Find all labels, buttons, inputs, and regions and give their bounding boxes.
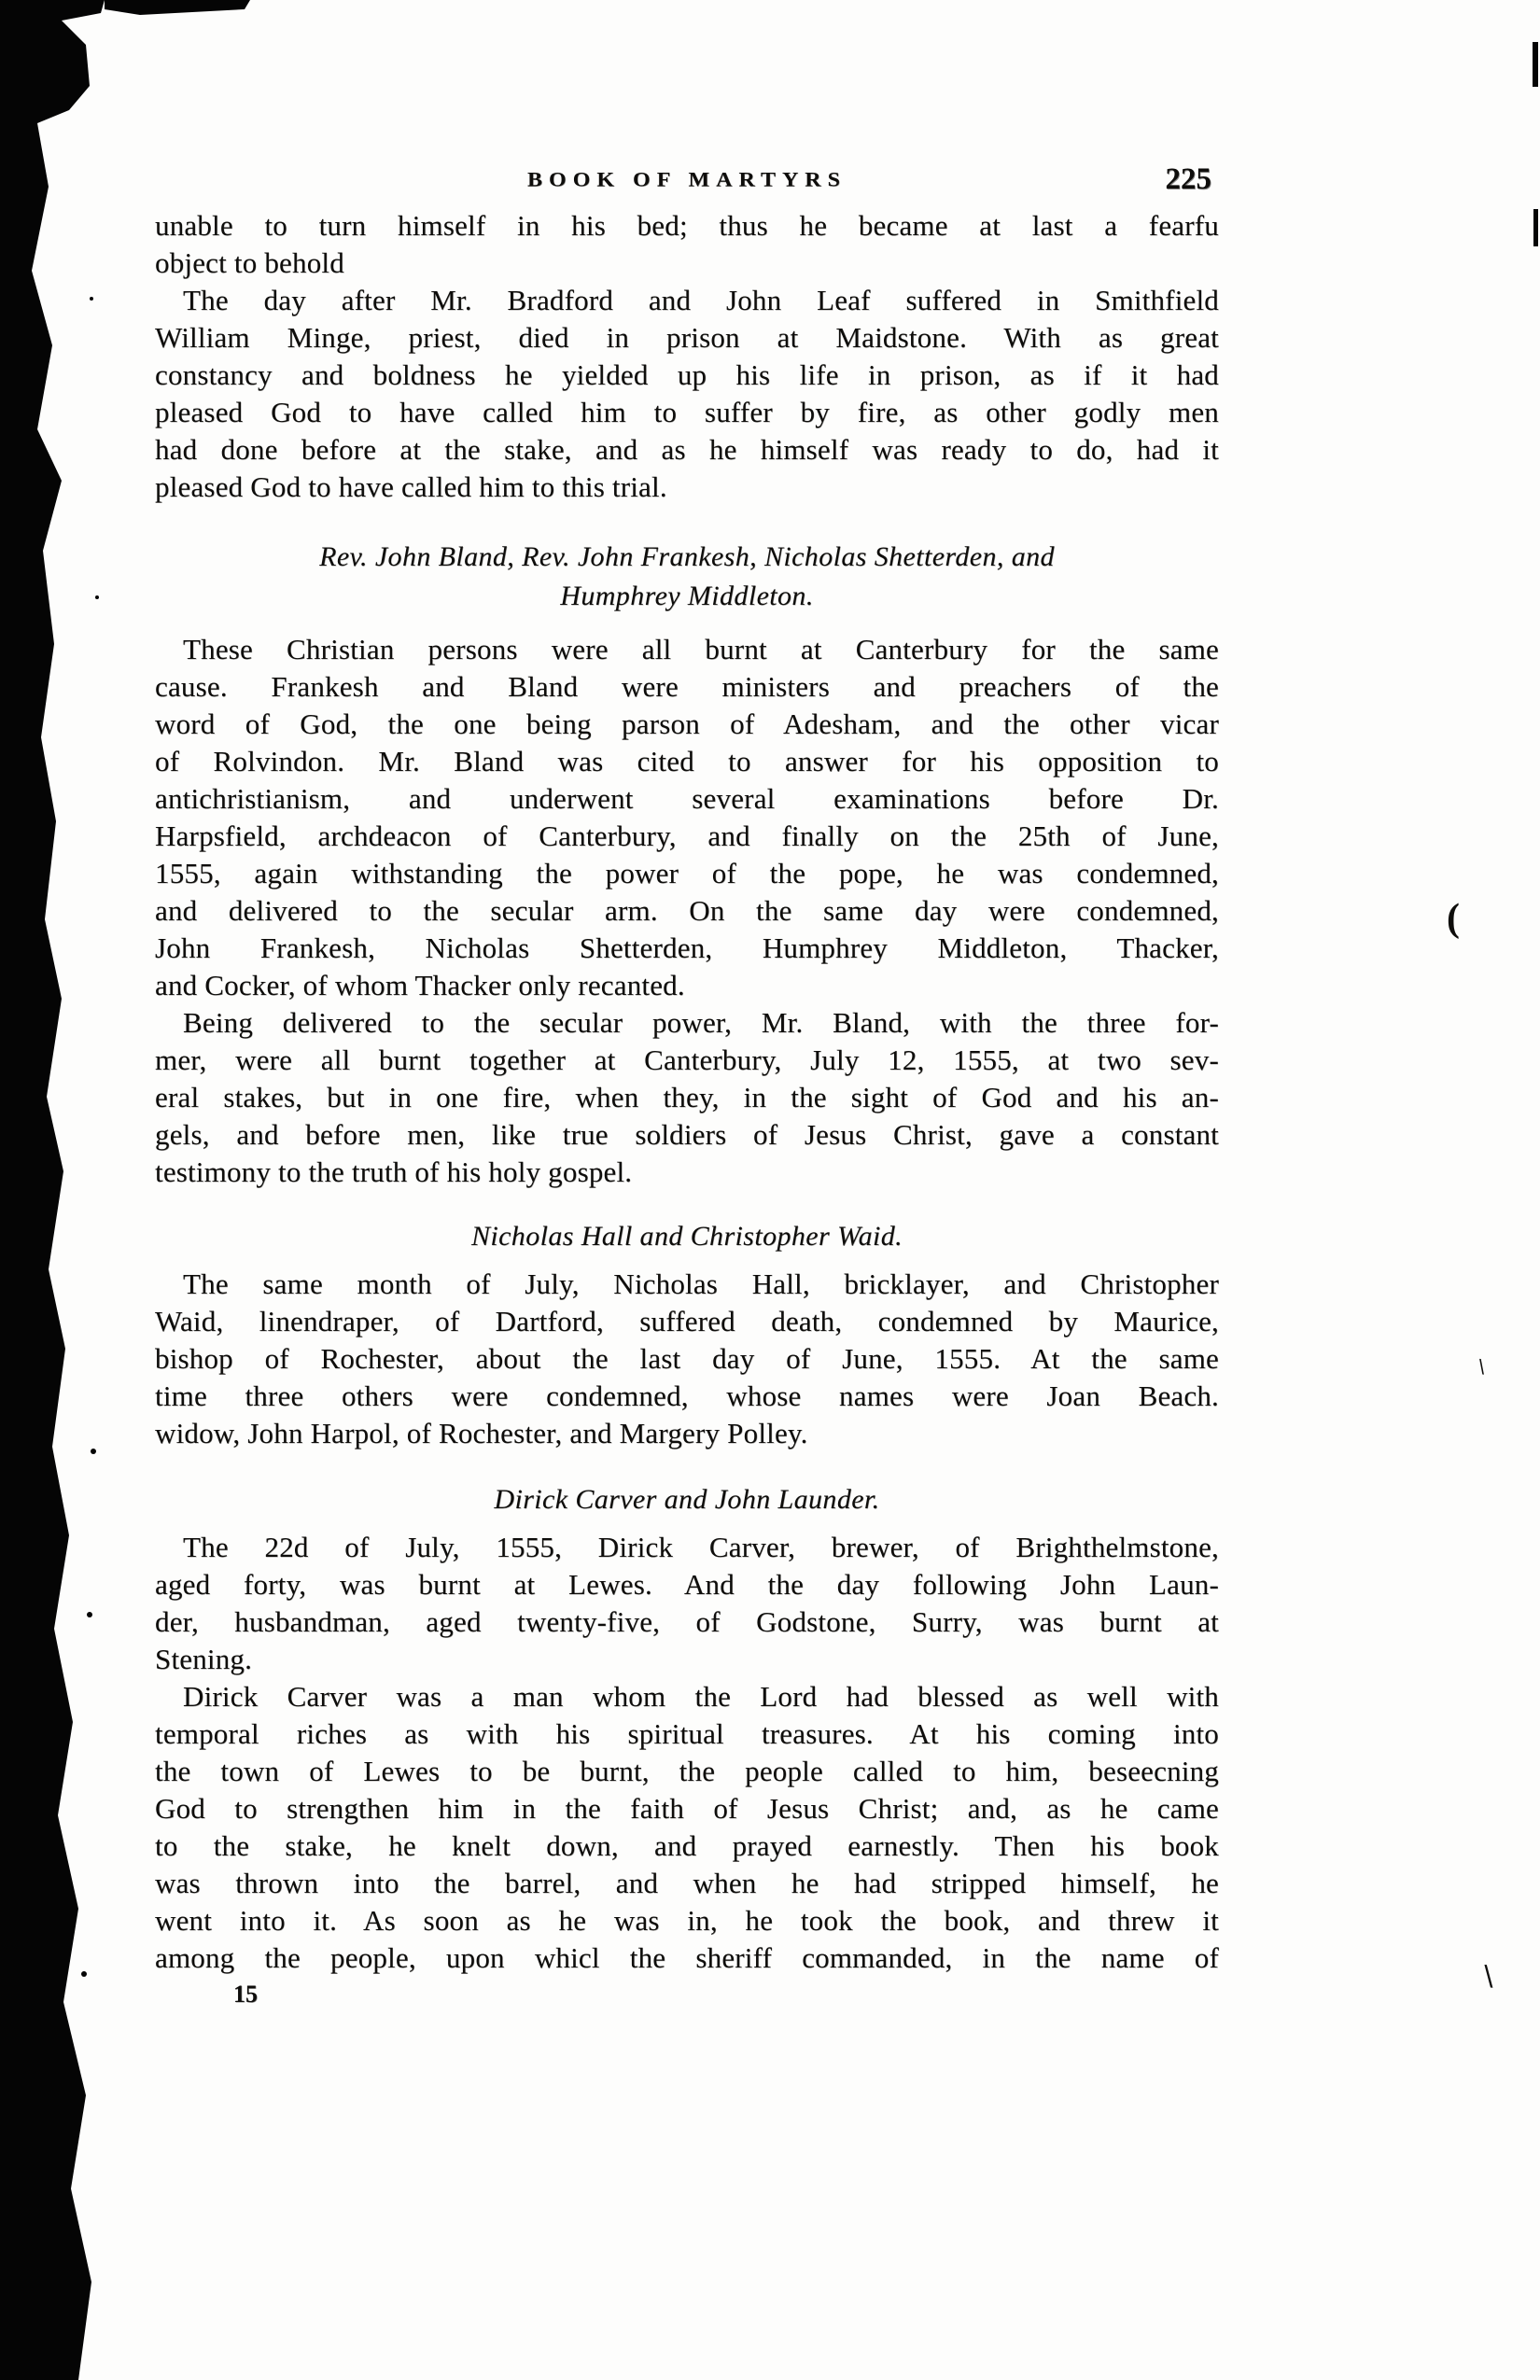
text-line: The same month of July, Nicholas Hall, b… bbox=[155, 1266, 1219, 1303]
text-line: went into it. As soon as he was in, he t… bbox=[155, 1902, 1219, 1939]
text-line: der, husbandman, aged twenty-five, of Go… bbox=[155, 1603, 1219, 1641]
body-paragraph-2: The day after Mr. Bradford and John Leaf… bbox=[155, 282, 1219, 506]
text-line: was thrown into the barrel, and when he … bbox=[155, 1865, 1219, 1902]
text-line: to the stake, he knelt down, and prayed … bbox=[155, 1827, 1219, 1865]
text-line: and Cocker, of whom Thacker only recante… bbox=[155, 967, 1219, 1004]
text-line: object to behold bbox=[155, 245, 1219, 282]
text-line: The day after Mr. Bradford and John Leaf… bbox=[155, 282, 1219, 319]
text-line: antichristianism, and underwent several … bbox=[155, 780, 1219, 818]
text-line: mer, were all burnt together at Canterbu… bbox=[155, 1042, 1219, 1079]
scan-edge-artifact-right bbox=[1529, 0, 1540, 2380]
text-line: John Frankesh, Nicholas Shetterden, Hump… bbox=[155, 930, 1219, 967]
scanned-book-page: ( \ \ BOOK OF MARTYRS 225 unable to turn… bbox=[0, 0, 1540, 2380]
scan-speck-slash-large: \ bbox=[1483, 1956, 1495, 1996]
page-number: 225 bbox=[1166, 162, 1212, 197]
text-line: cause. Frankesh and Bland were ministers… bbox=[155, 668, 1219, 706]
text-line: widow, John Harpol, of Rochester, and Ma… bbox=[155, 1415, 1219, 1452]
body-paragraph-6: The 22d of July, 1555, Dirick Carver, br… bbox=[155, 1529, 1219, 1678]
text-line: and delivered to the secular arm. On the… bbox=[155, 892, 1219, 930]
body-paragraph-3: These Christian persons were all burnt a… bbox=[155, 631, 1219, 1004]
text-line: time three others were condemned, whose … bbox=[155, 1378, 1219, 1415]
body-paragraph-5: The same month of July, Nicholas Hall, b… bbox=[155, 1266, 1219, 1452]
text-line: Waid, linendraper, of Dartford, suffered… bbox=[155, 1303, 1219, 1340]
text-column: BOOK OF MARTYRS 225 unable to turn himse… bbox=[155, 168, 1219, 2010]
page-header: BOOK OF MARTYRS 225 bbox=[155, 168, 1219, 202]
text-line: temporal riches as with his spiritual tr… bbox=[155, 1715, 1219, 1753]
text-line: Being delivered to the secular power, Mr… bbox=[155, 1004, 1219, 1042]
text-line: eral stakes, but in one fire, when they,… bbox=[155, 1079, 1219, 1116]
body-paragraph-7: Dirick Carver was a man whom the Lord ha… bbox=[155, 1678, 1219, 1977]
running-title: BOOK OF MARTYRS bbox=[155, 169, 1219, 192]
text-line: aged forty, was burnt at Lewes. And the … bbox=[155, 1566, 1219, 1603]
text-line: word of God, the one being parson of Ade… bbox=[155, 706, 1219, 743]
scan-speck-slash-small: \ bbox=[1477, 1355, 1486, 1381]
text-line: God to strengthen him in the faith of Je… bbox=[155, 1790, 1219, 1827]
text-line: unable to turn himself in his bed; thus … bbox=[155, 207, 1219, 245]
signature-mark: 15 bbox=[155, 1979, 1219, 2010]
body-paragraph-4: Being delivered to the secular power, Mr… bbox=[155, 1004, 1219, 1191]
text-line: pleased God to have called him to suffer… bbox=[155, 394, 1219, 431]
text-line: 1555, again withstanding the power of th… bbox=[155, 855, 1219, 892]
text-line: bishop of Rochester, about the last day … bbox=[155, 1340, 1219, 1378]
text-line: had done before at the stake, and as he … bbox=[155, 431, 1219, 469]
text-line: Harpsfield, archdeacon of Canterbury, an… bbox=[155, 818, 1219, 855]
heading-line: Nicholas Hall and Christopher Waid. bbox=[155, 1217, 1219, 1256]
text-line: Stening. bbox=[155, 1641, 1219, 1678]
text-line: of Rolvindon. Mr. Bland was cited to ans… bbox=[155, 743, 1219, 780]
text-line: constancy and boldness he yielded up his… bbox=[155, 357, 1219, 394]
heading-line: Humphrey Middleton. bbox=[155, 577, 1219, 616]
text-line: Dirick Carver was a man whom the Lord ha… bbox=[155, 1678, 1219, 1715]
text-line: gels, and before men, like true soldiers… bbox=[155, 1116, 1219, 1154]
text-line: William Minge, priest, died in prison at… bbox=[155, 319, 1219, 357]
section-heading-bland-frankesh: Rev. John Bland, Rev. John Frankesh, Nic… bbox=[155, 538, 1219, 616]
body-paragraph-1: unable to turn himself in his bed; thus … bbox=[155, 207, 1219, 282]
scan-speck-paren: ( bbox=[1447, 896, 1460, 941]
text-line: The 22d of July, 1555, Dirick Carver, br… bbox=[155, 1529, 1219, 1566]
section-heading-carver-launder: Dirick Carver and John Launder. bbox=[155, 1480, 1219, 1519]
heading-line: Dirick Carver and John Launder. bbox=[155, 1480, 1219, 1519]
text-line: testimony to the truth of his holy gospe… bbox=[155, 1154, 1219, 1191]
text-line: the town of Lewes to be burnt, the peopl… bbox=[155, 1753, 1219, 1790]
section-heading-hall-waid: Nicholas Hall and Christopher Waid. bbox=[155, 1217, 1219, 1256]
text-line: These Christian persons were all burnt a… bbox=[155, 631, 1219, 668]
text-line: pleased God to have called him to this t… bbox=[155, 469, 1219, 506]
text-line: among the people, upon whicl the sheriff… bbox=[155, 1939, 1219, 1977]
heading-line: Rev. John Bland, Rev. John Frankesh, Nic… bbox=[155, 538, 1219, 577]
